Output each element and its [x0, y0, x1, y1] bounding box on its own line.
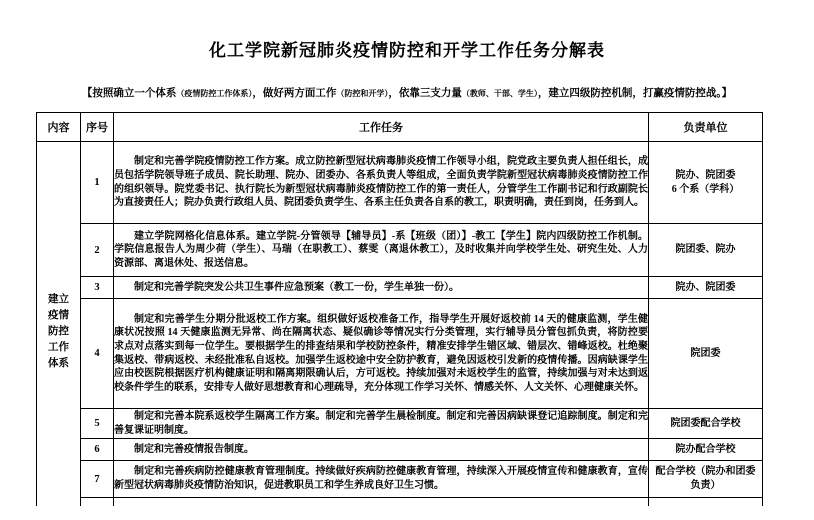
header-content: 内容	[37, 113, 81, 142]
page-title: 化工学院新冠肺炎疫情防控和开学工作任务分解表	[0, 0, 814, 60]
table-row: 2 建立学院网格化信息体系。建立学院-分管领导【辅导员】-系【班级（团）】-教工…	[37, 224, 763, 277]
header-unit: 负责单位	[649, 113, 763, 142]
row-number: 4	[81, 299, 114, 409]
header-no: 序号	[81, 113, 114, 142]
table-header-row: 内容 序号 工作任务 负责单位	[37, 113, 763, 142]
row-number: 3	[81, 277, 114, 299]
document-page: 化工学院新冠肺炎疫情防控和开学工作任务分解表 【按照确立一个体系（疫情防控工作体…	[0, 0, 814, 520]
task-cell: 制定和完善学院疫情防控工作方案。成立防控新型冠状病毒肺炎疫情工作领导小组，院党政…	[114, 142, 649, 224]
unit-cell: 配合学校（院办和团委 负责）	[649, 461, 763, 498]
row-number	[81, 498, 114, 507]
table-row: 3 制定和完善学院突发公共卫生事件应急预案（教工一份，学生单独一份）。 院办、院…	[37, 277, 763, 299]
table-row: 7 制定和完善疾病防控健康教育管理制度。持续做好疾病防控健康教育管理，持续深入开…	[37, 461, 763, 498]
task-cell: 制定和完善学院突发公共卫生事件应急预案（教工一份，学生单独一份）。	[114, 277, 649, 299]
unit-cell: 院团委、院办	[649, 224, 763, 277]
task-cell: 制定和完善学生分期分批返校工作方案。组织做好返校准备工作，指导学生开展好返校前 …	[114, 299, 649, 409]
unit-cell	[649, 498, 763, 507]
unit-cell: 院团委	[649, 299, 763, 409]
subtitle-segment: ，做好两方面工作	[252, 88, 336, 99]
subtitle-paren-note: （防控和开学）	[336, 89, 388, 98]
table-row: 4 制定和完善学生分期分批返校工作方案。组织做好返校准备工作，指导学生开展好返校…	[37, 299, 763, 409]
unit-cell: 院办配合学校	[649, 439, 763, 461]
table-row: 6 制定和完善疫情报告制度。 院办配合学校	[37, 439, 763, 461]
task-cell: 制定和完善疾病防控健康教育管理制度。持续做好疾病防控健康教育管理，持续深入开展疫…	[114, 461, 649, 498]
table-row-clipped	[37, 498, 763, 507]
task-table: 内容 序号 工作任务 负责单位 建立 疫情 防控 工作 体系 1 制定和完善学院…	[36, 112, 763, 506]
task-cell: 制定和完善疫情报告制度。	[114, 439, 649, 461]
row-number: 2	[81, 224, 114, 277]
header-task: 工作任务	[114, 113, 649, 142]
unit-cell: 院团委配合学校	[649, 409, 763, 439]
task-cell: 建立学院网格化信息体系。建立学院-分管领导【辅导员】-系【班级（团）】-教工【学…	[114, 224, 649, 277]
category-cell: 建立 疫情 防控 工作 体系	[37, 142, 81, 507]
row-number: 6	[81, 439, 114, 461]
subtitle-paren-note: （疫情防控工作体系）	[176, 89, 252, 98]
task-table-container: 内容 序号 工作任务 负责单位 建立 疫情 防控 工作 体系 1 制定和完善学院…	[36, 112, 763, 506]
subtitle-segment: ，建立四级防控机制，打赢疫情防控战。】	[538, 88, 732, 99]
subtitle-paren-note: （教师、干部、学生）	[462, 89, 538, 98]
task-cell	[114, 498, 649, 507]
subtitle-segment: ，依靠三支力量	[388, 88, 462, 99]
row-number: 5	[81, 409, 114, 439]
unit-cell: 院办、院团委	[649, 277, 763, 299]
row-number: 7	[81, 461, 114, 498]
subtitle: 【按照确立一个体系（疫情防控工作体系），做好两方面工作（防控和开学），依靠三支力…	[0, 87, 814, 100]
table-row: 5 制定和完善本院系返校学生隔离工作方案。制定和完善学生晨检制度。制定和完善因病…	[37, 409, 763, 439]
row-number: 1	[81, 142, 114, 224]
task-cell: 制定和完善本院系返校学生隔离工作方案。制定和完善学生晨检制度。制定和完善因病缺课…	[114, 409, 649, 439]
subtitle-segment: 【按照确立一个体系	[82, 88, 177, 99]
table-row: 建立 疫情 防控 工作 体系 1 制定和完善学院疫情防控工作方案。成立防控新型冠…	[37, 142, 763, 224]
unit-cell: 院办、院团委 6 个系（学科）	[649, 142, 763, 224]
